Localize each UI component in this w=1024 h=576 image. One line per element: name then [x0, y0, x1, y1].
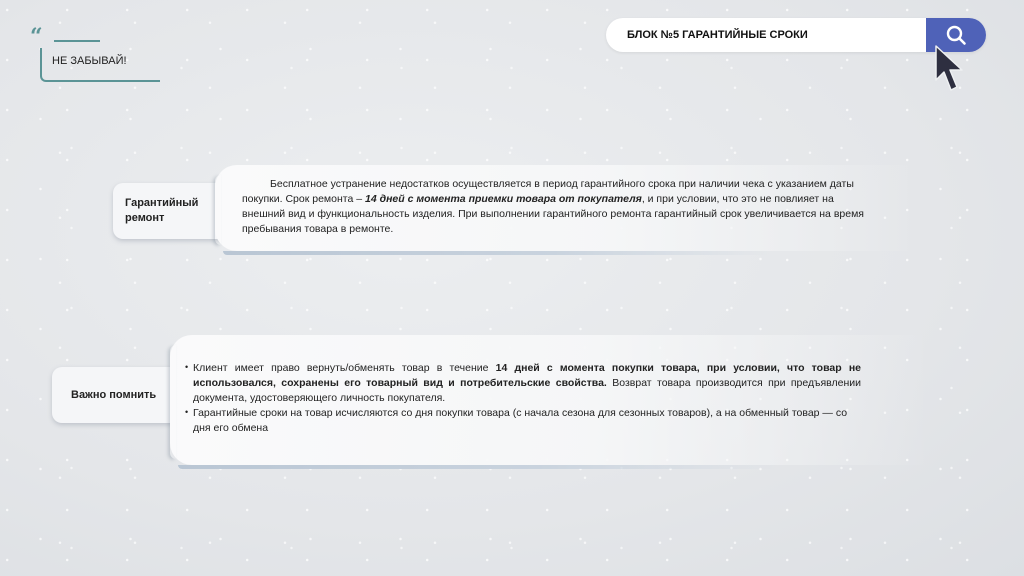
reminder-label: НЕ ЗАБЫВАЙ!: [52, 55, 127, 67]
list-item: Клиент имеет право вернуть/обменять това…: [185, 361, 861, 406]
section-label-text: Важно помнить: [71, 389, 156, 401]
warranty-repair-card: Бесплатное устранение недостатков осущес…: [215, 165, 915, 251]
quote-icon: “: [30, 26, 43, 48]
search-query[interactable]: БЛОК №5 ГАРАНТИЙНЫЕ СРОКИ: [627, 29, 808, 41]
warranty-repair-text: Бесплатное устранение недостатков осущес…: [242, 177, 868, 237]
card-shadow: [178, 465, 778, 469]
important-list: Клиент имеет право вернуть/обменять това…: [185, 361, 861, 436]
search-icon: [945, 24, 967, 46]
important-card: Клиент имеет право вернуть/обменять това…: [170, 335, 930, 465]
card-edge: [170, 345, 176, 459]
repair-term-emphasis: 14 дней с момента приемки товара от поку…: [365, 193, 642, 205]
search-bar[interactable]: БЛОК №5 ГАРАНТИЙНЫЕ СРОКИ: [606, 18, 986, 52]
mouse-pointer-icon: [934, 44, 966, 96]
section-label-text: Гарантийный ремонт: [125, 196, 205, 226]
card-shadow: [223, 251, 775, 255]
list-item: Гарантийные сроки на товар исчисляются с…: [185, 406, 861, 436]
card-edge: [215, 175, 221, 245]
divider: [54, 40, 100, 42]
reminder-badge: “ НЕ ЗАБЫВАЙ!: [30, 30, 160, 82]
background-texture: [0, 0, 1024, 576]
